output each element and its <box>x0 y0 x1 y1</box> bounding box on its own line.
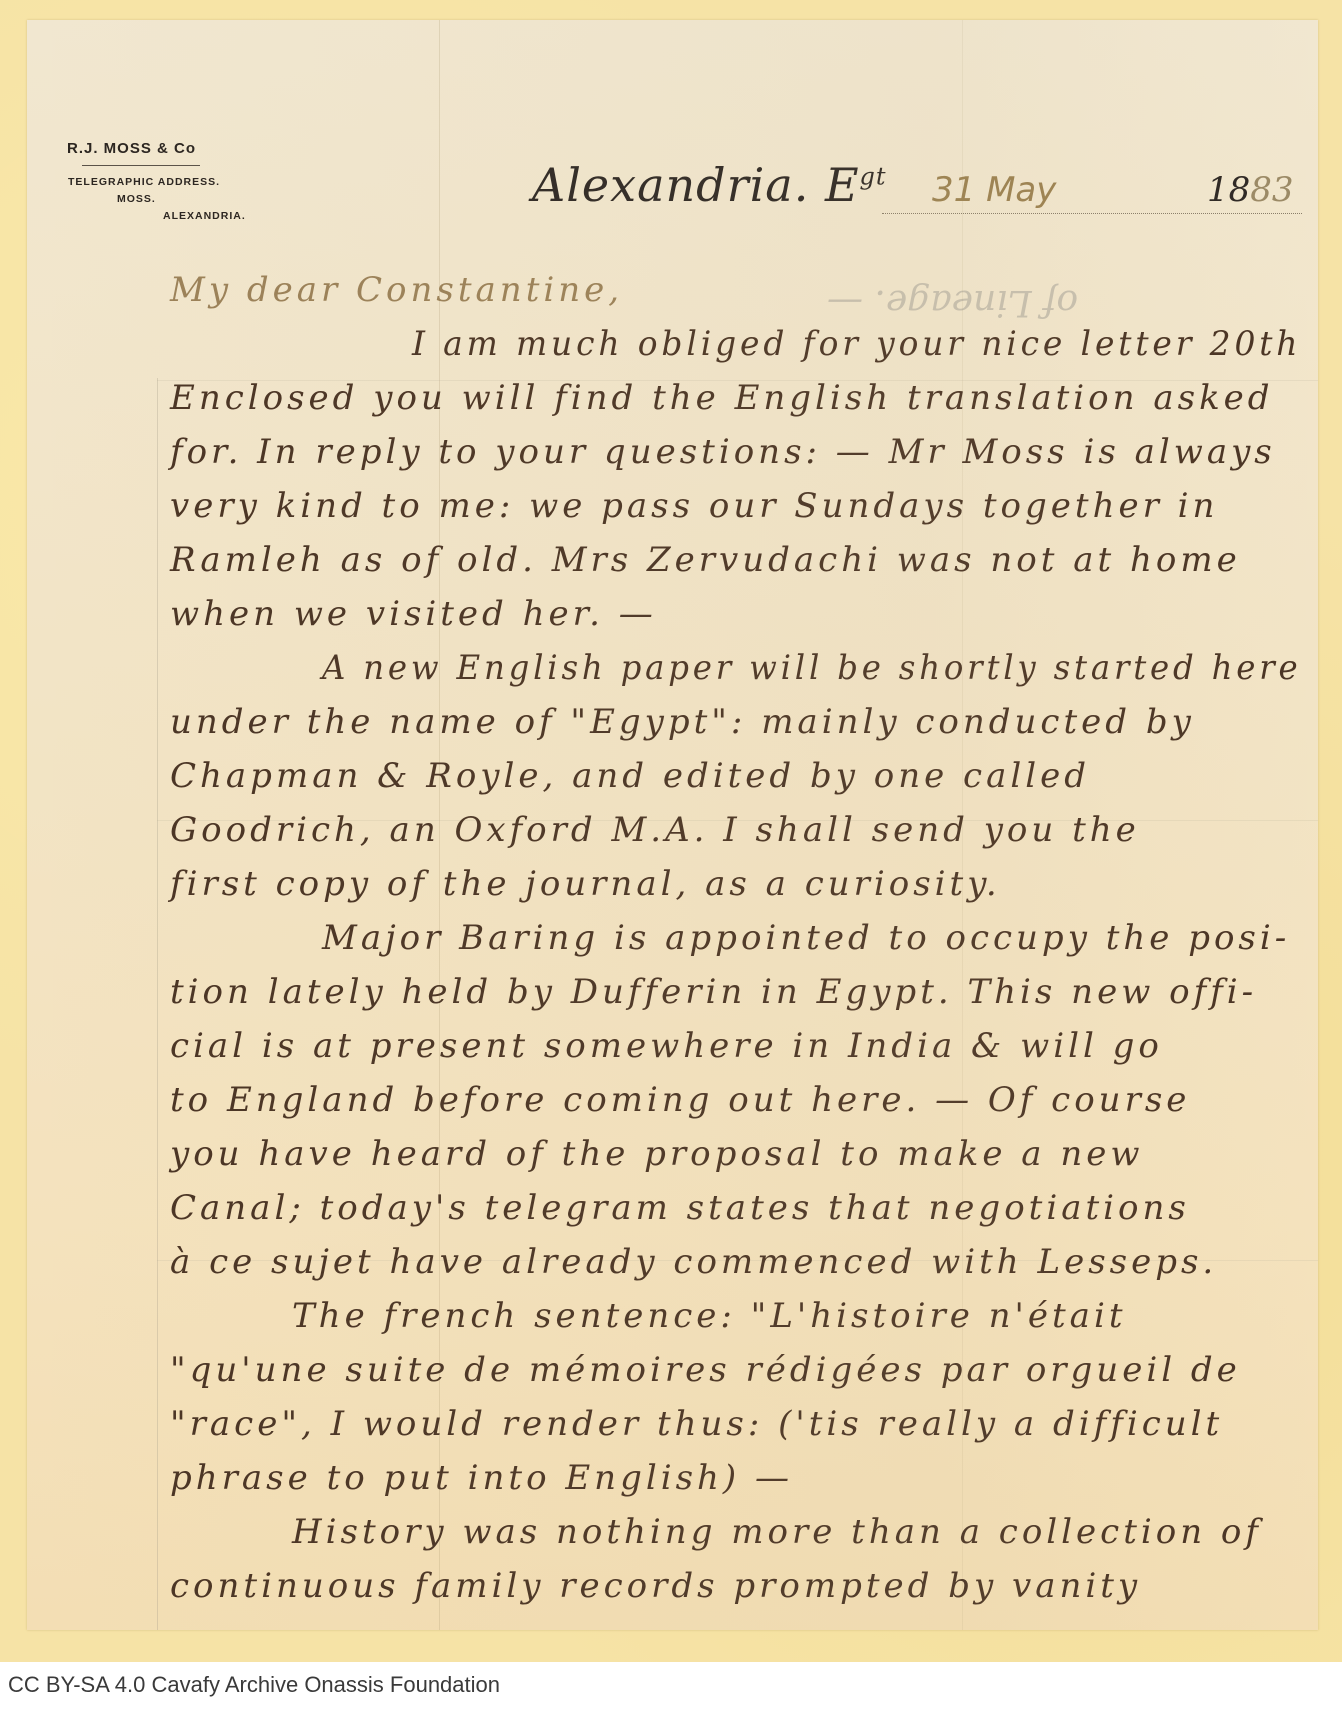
salutation: My dear Constantine, <box>170 270 623 310</box>
letter-line: for. In reply to your questions: — Mr Mo… <box>170 432 1276 472</box>
letter-line: tion lately held by Dufferin in Egypt. T… <box>170 972 1257 1012</box>
dateline-year-written: 83 <box>1250 170 1293 210</box>
letterhead-divider <box>82 165 200 166</box>
letter-line: Ramleh as of old. Mrs Zervudachi was not… <box>170 540 1241 580</box>
dateline-day-month: 31 May <box>932 170 1056 210</box>
paper-fold-line <box>962 20 963 1630</box>
letter-line: when we visited her. — <box>170 594 657 634</box>
ruled-margin <box>157 378 158 1630</box>
paper-fold-line <box>439 20 440 1630</box>
letter-line: cial is at present somewhere in India & … <box>170 1026 1163 1066</box>
letter-line: à ce sujet have already commenced with L… <box>170 1242 1217 1282</box>
letterhead-company: R.J. MOSS & Co <box>67 140 246 157</box>
letter-line: Enclosed you will find the English trans… <box>170 378 1274 418</box>
letter-line: I am much obliged for your nice letter 2… <box>412 324 1301 364</box>
letter-line: you have heard of the proposal to make a… <box>170 1134 1143 1174</box>
letterhead-telegraphic-name: MOSS. <box>117 191 246 208</box>
mounting-backing: R.J. MOSS & Co TELEGRAPHIC ADDRESS. MOSS… <box>0 0 1342 1662</box>
letter-line: Chapman & Royle, and edited by one calle… <box>170 756 1090 796</box>
letter-sheet: R.J. MOSS & Co TELEGRAPHIC ADDRESS. MOSS… <box>27 20 1318 1630</box>
dateline-dotted-rule <box>882 213 1302 214</box>
letter-line: "qu'une suite de mémoires rédigées par o… <box>170 1350 1241 1390</box>
letter-line: History was nothing more than a collecti… <box>292 1512 1262 1552</box>
pencil-annotation: of Lineage. — <box>827 282 1078 323</box>
dateline-year-printed: 18 <box>1207 170 1250 210</box>
letter-line: to England before coming out here. — Of … <box>170 1080 1190 1120</box>
letter-line: first copy of the journal, as a curiosit… <box>170 864 1001 904</box>
ruled-line <box>157 380 1318 381</box>
letter-line: very kind to me: we pass our Sundays tog… <box>170 486 1218 526</box>
license-credit: CC BY-SA 4.0 Cavafy Archive Onassis Foun… <box>8 1672 500 1698</box>
letter-line: Major Baring is appointed to occupy the … <box>322 918 1290 958</box>
letter-line: Goodrich, an Oxford M.A. I shall send yo… <box>170 810 1140 850</box>
ruled-line <box>157 820 1318 821</box>
letter-line: "race", I would render thus: ('tis reall… <box>170 1404 1223 1444</box>
dateline-place: Alexandria. Egt <box>532 158 887 212</box>
letterhead-telegraphic-label: TELEGRAPHIC ADDRESS. <box>68 174 246 191</box>
dateline-place-text: Alexandria. E <box>532 158 860 212</box>
letter-line: phrase to put into English) — <box>170 1458 793 1498</box>
letter-line: under the name of "Egypt": mainly conduc… <box>170 702 1195 742</box>
letterhead: R.J. MOSS & Co TELEGRAPHIC ADDRESS. MOSS… <box>65 140 246 225</box>
dateline-place-sup: gt <box>860 163 887 191</box>
letter-line: Canal; today's telegram states that nego… <box>170 1188 1190 1228</box>
letter-line: continuous family records prompted by va… <box>170 1566 1141 1606</box>
letter-line: The french sentence: "L'histoire n'était <box>292 1296 1127 1336</box>
letterhead-telegraphic-city: ALEXANDRIA. <box>163 208 246 225</box>
letter-line: A new English paper will be shortly star… <box>322 648 1302 688</box>
ruled-line <box>157 1260 1318 1261</box>
dateline-year: 1883 <box>1207 170 1294 210</box>
